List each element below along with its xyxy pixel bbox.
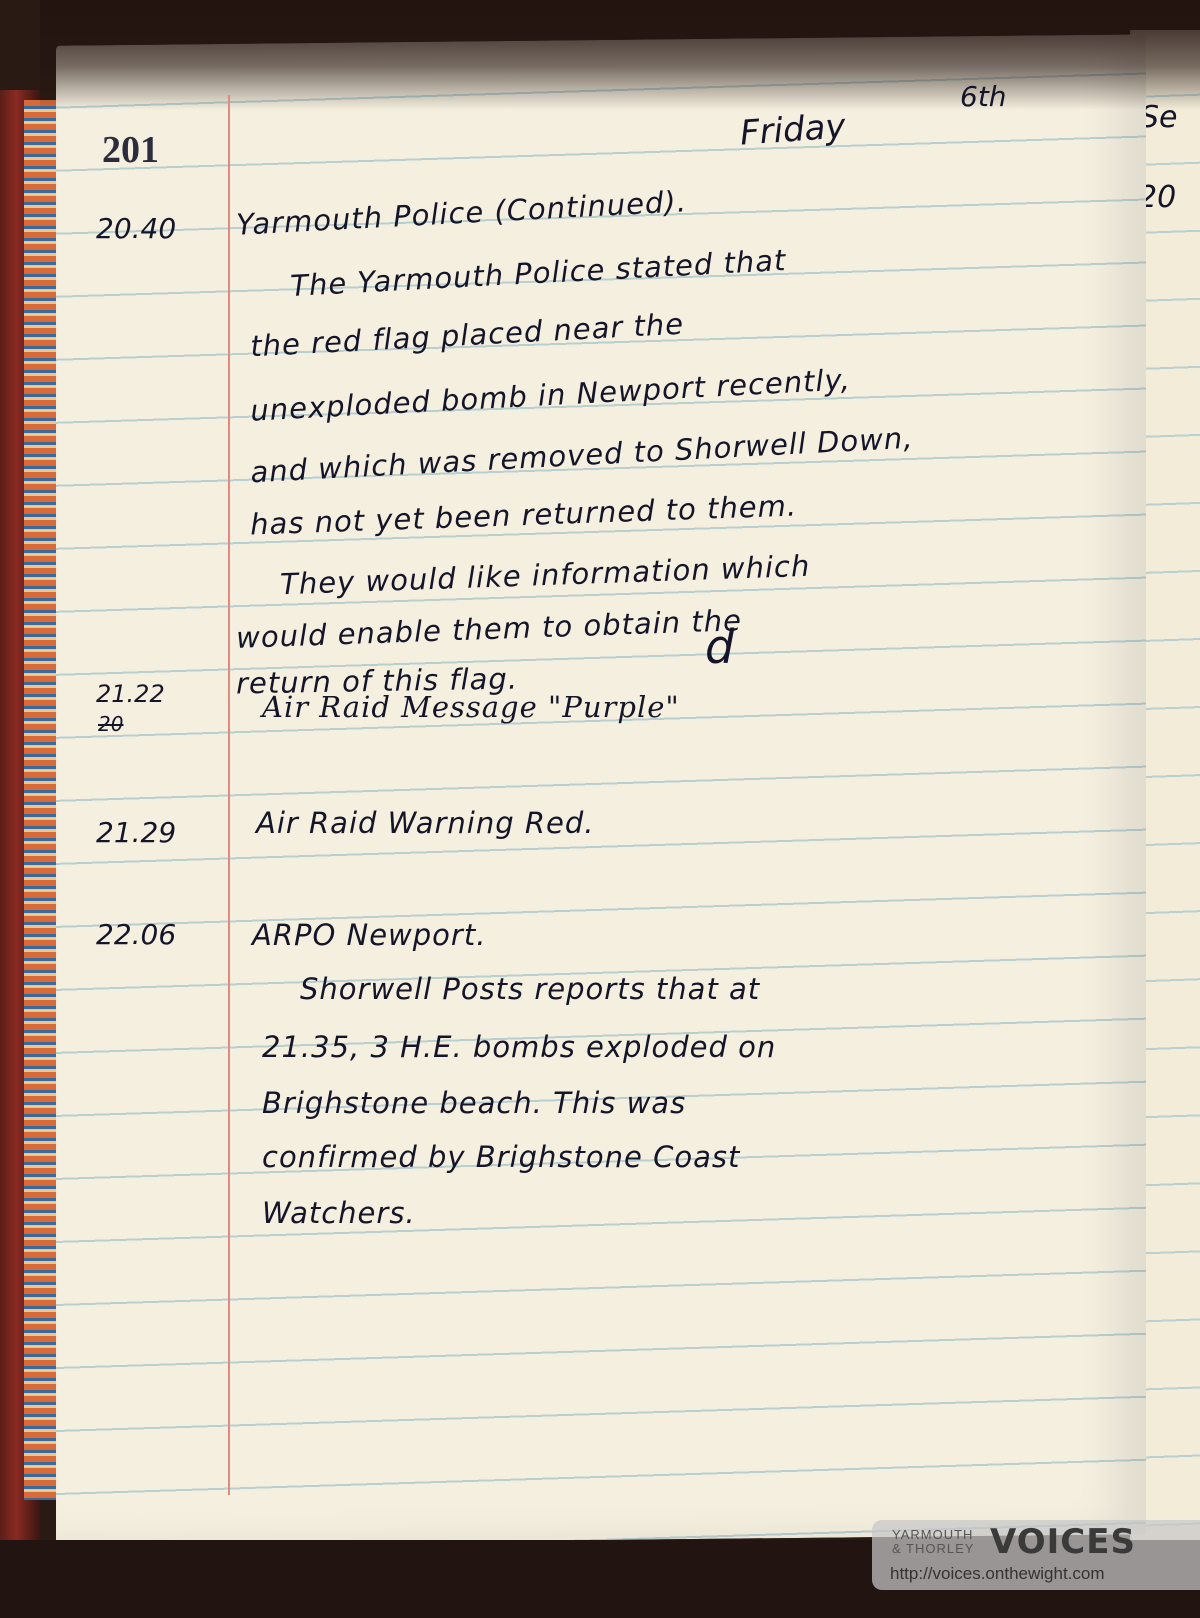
entry-line: 21.35, 3 H.E. bombs exploded on <box>262 1030 776 1064</box>
page-number: 201 <box>102 128 159 172</box>
watermark-org: YARMOUTH & THORLEY <box>892 1528 974 1556</box>
struck-time: 20 <box>98 712 123 736</box>
watermark: YARMOUTH & THORLEY VOICES http://voices.… <box>872 1520 1200 1590</box>
entry-line: Watchers. <box>262 1196 416 1230</box>
watermark-line2: & THORLEY <box>892 1542 974 1556</box>
entry-line: Air Raid Warning Red. <box>256 806 595 840</box>
entry-line: Air Raid Message "Purple" <box>262 690 680 724</box>
entry-line: Brighstone beach. This was <box>262 1086 686 1120</box>
watermark-url: http://voices.onthewight.com <box>890 1564 1105 1584</box>
date-heading: 6th <box>960 80 1007 113</box>
entry-line: Shorwell Posts reports that at <box>300 972 760 1006</box>
entry-line: confirmed by Brighstone Coast <box>262 1140 740 1174</box>
entry-time: 21.22 <box>96 680 165 708</box>
watermark-brand: VOICES <box>990 1522 1136 1562</box>
entry-time: 22.06 <box>96 918 176 951</box>
entry-time: 20.40 <box>96 212 176 245</box>
watermark-line1: YARMOUTH <box>892 1528 974 1542</box>
page-top-shadow <box>40 0 1200 110</box>
day-heading: Friday <box>739 106 847 153</box>
entry-line: ARPO Newport. <box>252 918 486 952</box>
entry-time: 21.29 <box>96 816 176 849</box>
initials-annotation: d <box>705 620 734 674</box>
margin-rule <box>228 95 230 1495</box>
